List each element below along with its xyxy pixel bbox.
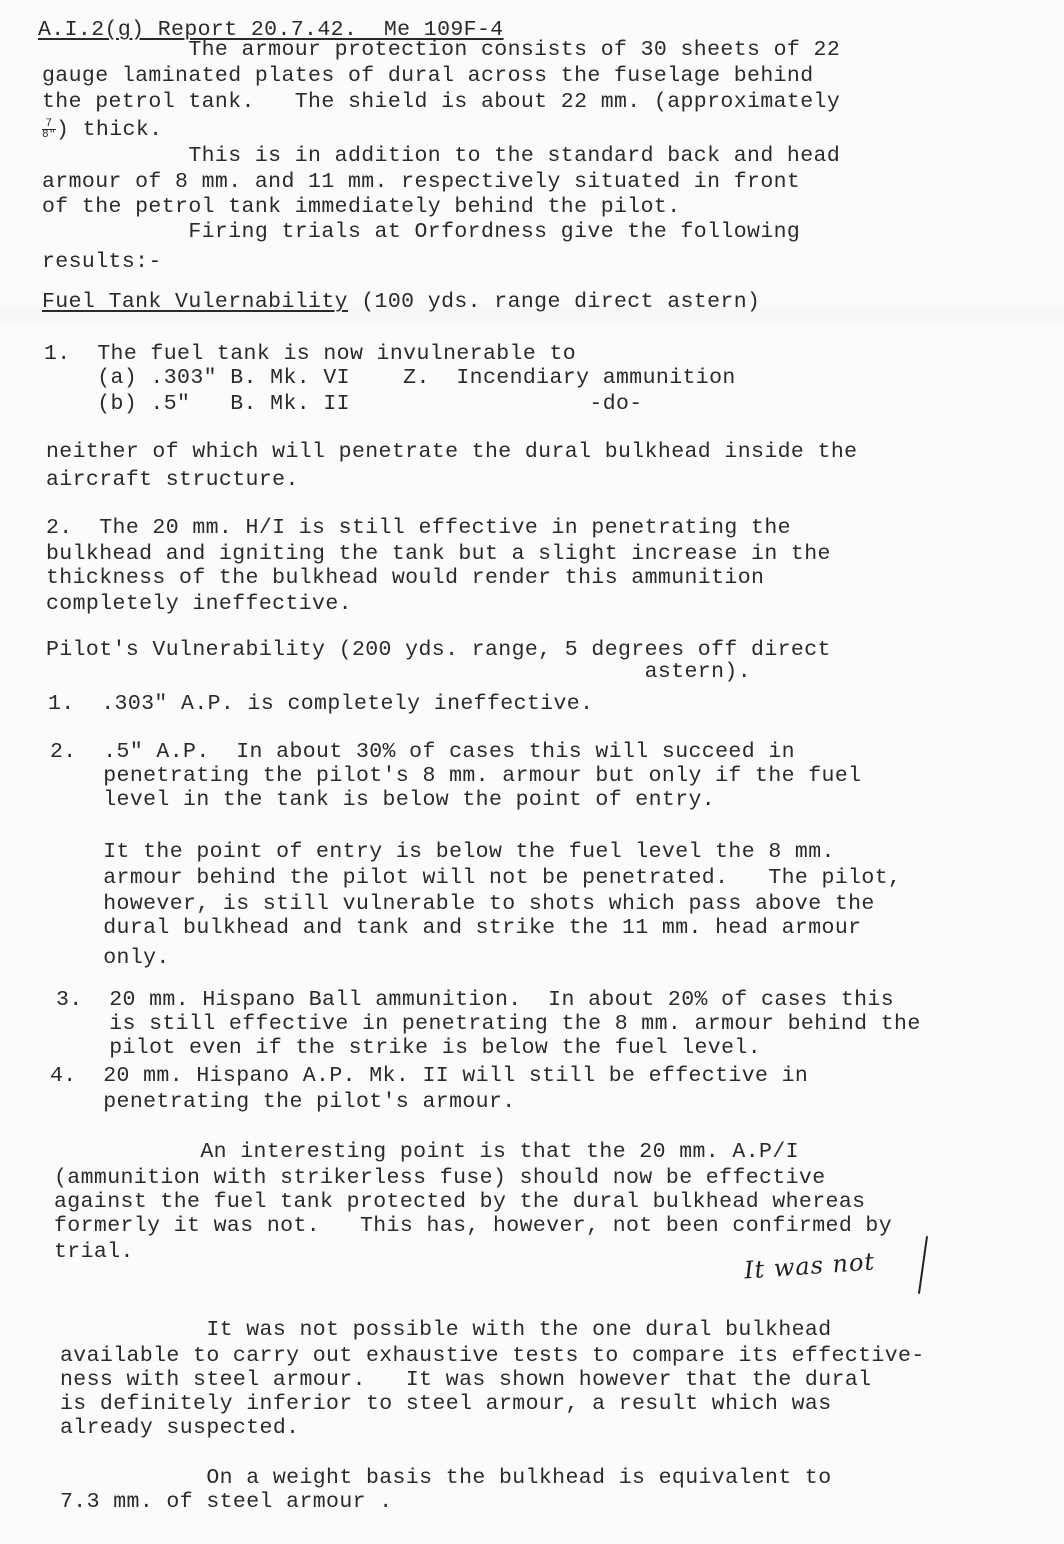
intro-line: The armour protection consists of 30 she…: [42, 38, 840, 62]
fuel-item-1-followup: neither of which will penetrate the dura…: [46, 440, 857, 464]
fuel-item-2: bulkhead and igniting the tank but a sli…: [46, 542, 831, 566]
pilot-item-3: 3. 20 mm. Hispano Ball ammunition. In ab…: [56, 988, 894, 1012]
conclusion-para-1: trial.: [54, 1240, 134, 1264]
intro-line: armour of 8 mm. and 11 mm. respectively …: [42, 170, 800, 194]
conclusion-para-3: 7.3 mm. of steel armour .: [60, 1490, 393, 1514]
conclusion-para-2: is definitely inferior to steel armour, …: [60, 1392, 832, 1416]
intro-line: of the petrol tank immediately behind th…: [42, 195, 681, 219]
conclusion-para-1: against the fuel tank protected by the d…: [54, 1190, 865, 1214]
intro-line: results:-: [42, 250, 162, 274]
conclusion-para-2: It was not possible with the one dural b…: [60, 1318, 832, 1342]
conclusion-para-2: ness with steel armour. It was shown how…: [60, 1368, 871, 1392]
fuel-tank-heading: Fuel Tank Vulernability (100 yds. range …: [42, 290, 760, 314]
document-page: A.I.2(g) Report 20.7.42. Me 109F-4 The a…: [0, 0, 1064, 1544]
handwritten-annotation: It was not: [743, 1247, 876, 1284]
pilot-item-2-para: armour behind the pilot will not be pene…: [50, 866, 901, 890]
pilot-heading: Pilot's Vulnerability (200 yds. range, 5…: [46, 638, 831, 662]
fuel-item-2: thickness of the bulkhead would render t…: [46, 566, 764, 590]
fraction-seven-eighths: 78": [42, 119, 56, 140]
pilot-item-2: 2. .5" A.P. In about 30% of cases this w…: [50, 740, 795, 764]
pilot-item-4: 4. 20 mm. Hispano A.P. Mk. II will still…: [50, 1064, 808, 1088]
intro-line: the petrol tank. The shield is about 22 …: [42, 90, 840, 114]
intro-line: Firing trials at Orfordness give the fol…: [42, 220, 800, 244]
pilot-item-2: level in the tank is below the point of …: [50, 788, 715, 812]
fuel-tank-heading-title: Fuel Tank Vulernability: [42, 290, 348, 314]
pilot-item-2-para: however, is still vulnerable to shots wh…: [50, 892, 875, 916]
pilot-heading: astern).: [46, 660, 751, 684]
fuel-item-2: completely ineffective.: [46, 592, 352, 616]
intro-line: gauge laminated plates of dural across t…: [42, 64, 814, 88]
handwritten-stroke: [918, 1236, 928, 1294]
pilot-item-2-para: dural bulkhead and tank and strike the 1…: [50, 916, 861, 940]
fuel-item-1: 1. The fuel tank is now invulnerable to: [44, 342, 576, 366]
pilot-item-4: penetrating the pilot's armour.: [50, 1090, 516, 1114]
conclusion-para-2: available to carry out exhaustive tests …: [60, 1344, 925, 1368]
pilot-item-2: penetrating the pilot's 8 mm. armour but…: [50, 764, 861, 788]
pilot-item-2-para: only.: [50, 946, 170, 970]
pilot-item-3: pilot even if the strike is below the fu…: [56, 1036, 761, 1060]
fuel-item-1a: (a) .303" B. Mk. VI Z. Incendiary ammuni…: [44, 366, 736, 390]
conclusion-para-1: (ammunition with strikerless fuse) shoul…: [54, 1166, 826, 1190]
conclusion-para-2: already suspected.: [60, 1416, 299, 1440]
intro-thickness-line: 78") thick.: [42, 118, 162, 142]
pilot-item-2-para: It the point of entry is below the fuel …: [50, 840, 835, 864]
pilot-item-1: 1. .303" A.P. is completely ineffective.: [48, 692, 593, 716]
conclusion-para-3: On a weight basis the bulkhead is equiva…: [60, 1466, 832, 1490]
pilot-item-3: is still effective in penetrating the 8 …: [56, 1012, 921, 1036]
intro-line: This is in addition to the standard back…: [42, 144, 840, 168]
fuel-item-2: 2. The 20 mm. H/I is still effective in …: [46, 516, 791, 540]
fuel-item-1-followup: aircraft structure.: [46, 468, 299, 492]
conclusion-para-1: An interesting point is that the 20 mm. …: [54, 1140, 799, 1164]
fuel-item-1b: (b) .5" B. Mk. II -do-: [44, 392, 643, 416]
conclusion-para-1: formerly it was not. This has, however, …: [54, 1214, 892, 1238]
